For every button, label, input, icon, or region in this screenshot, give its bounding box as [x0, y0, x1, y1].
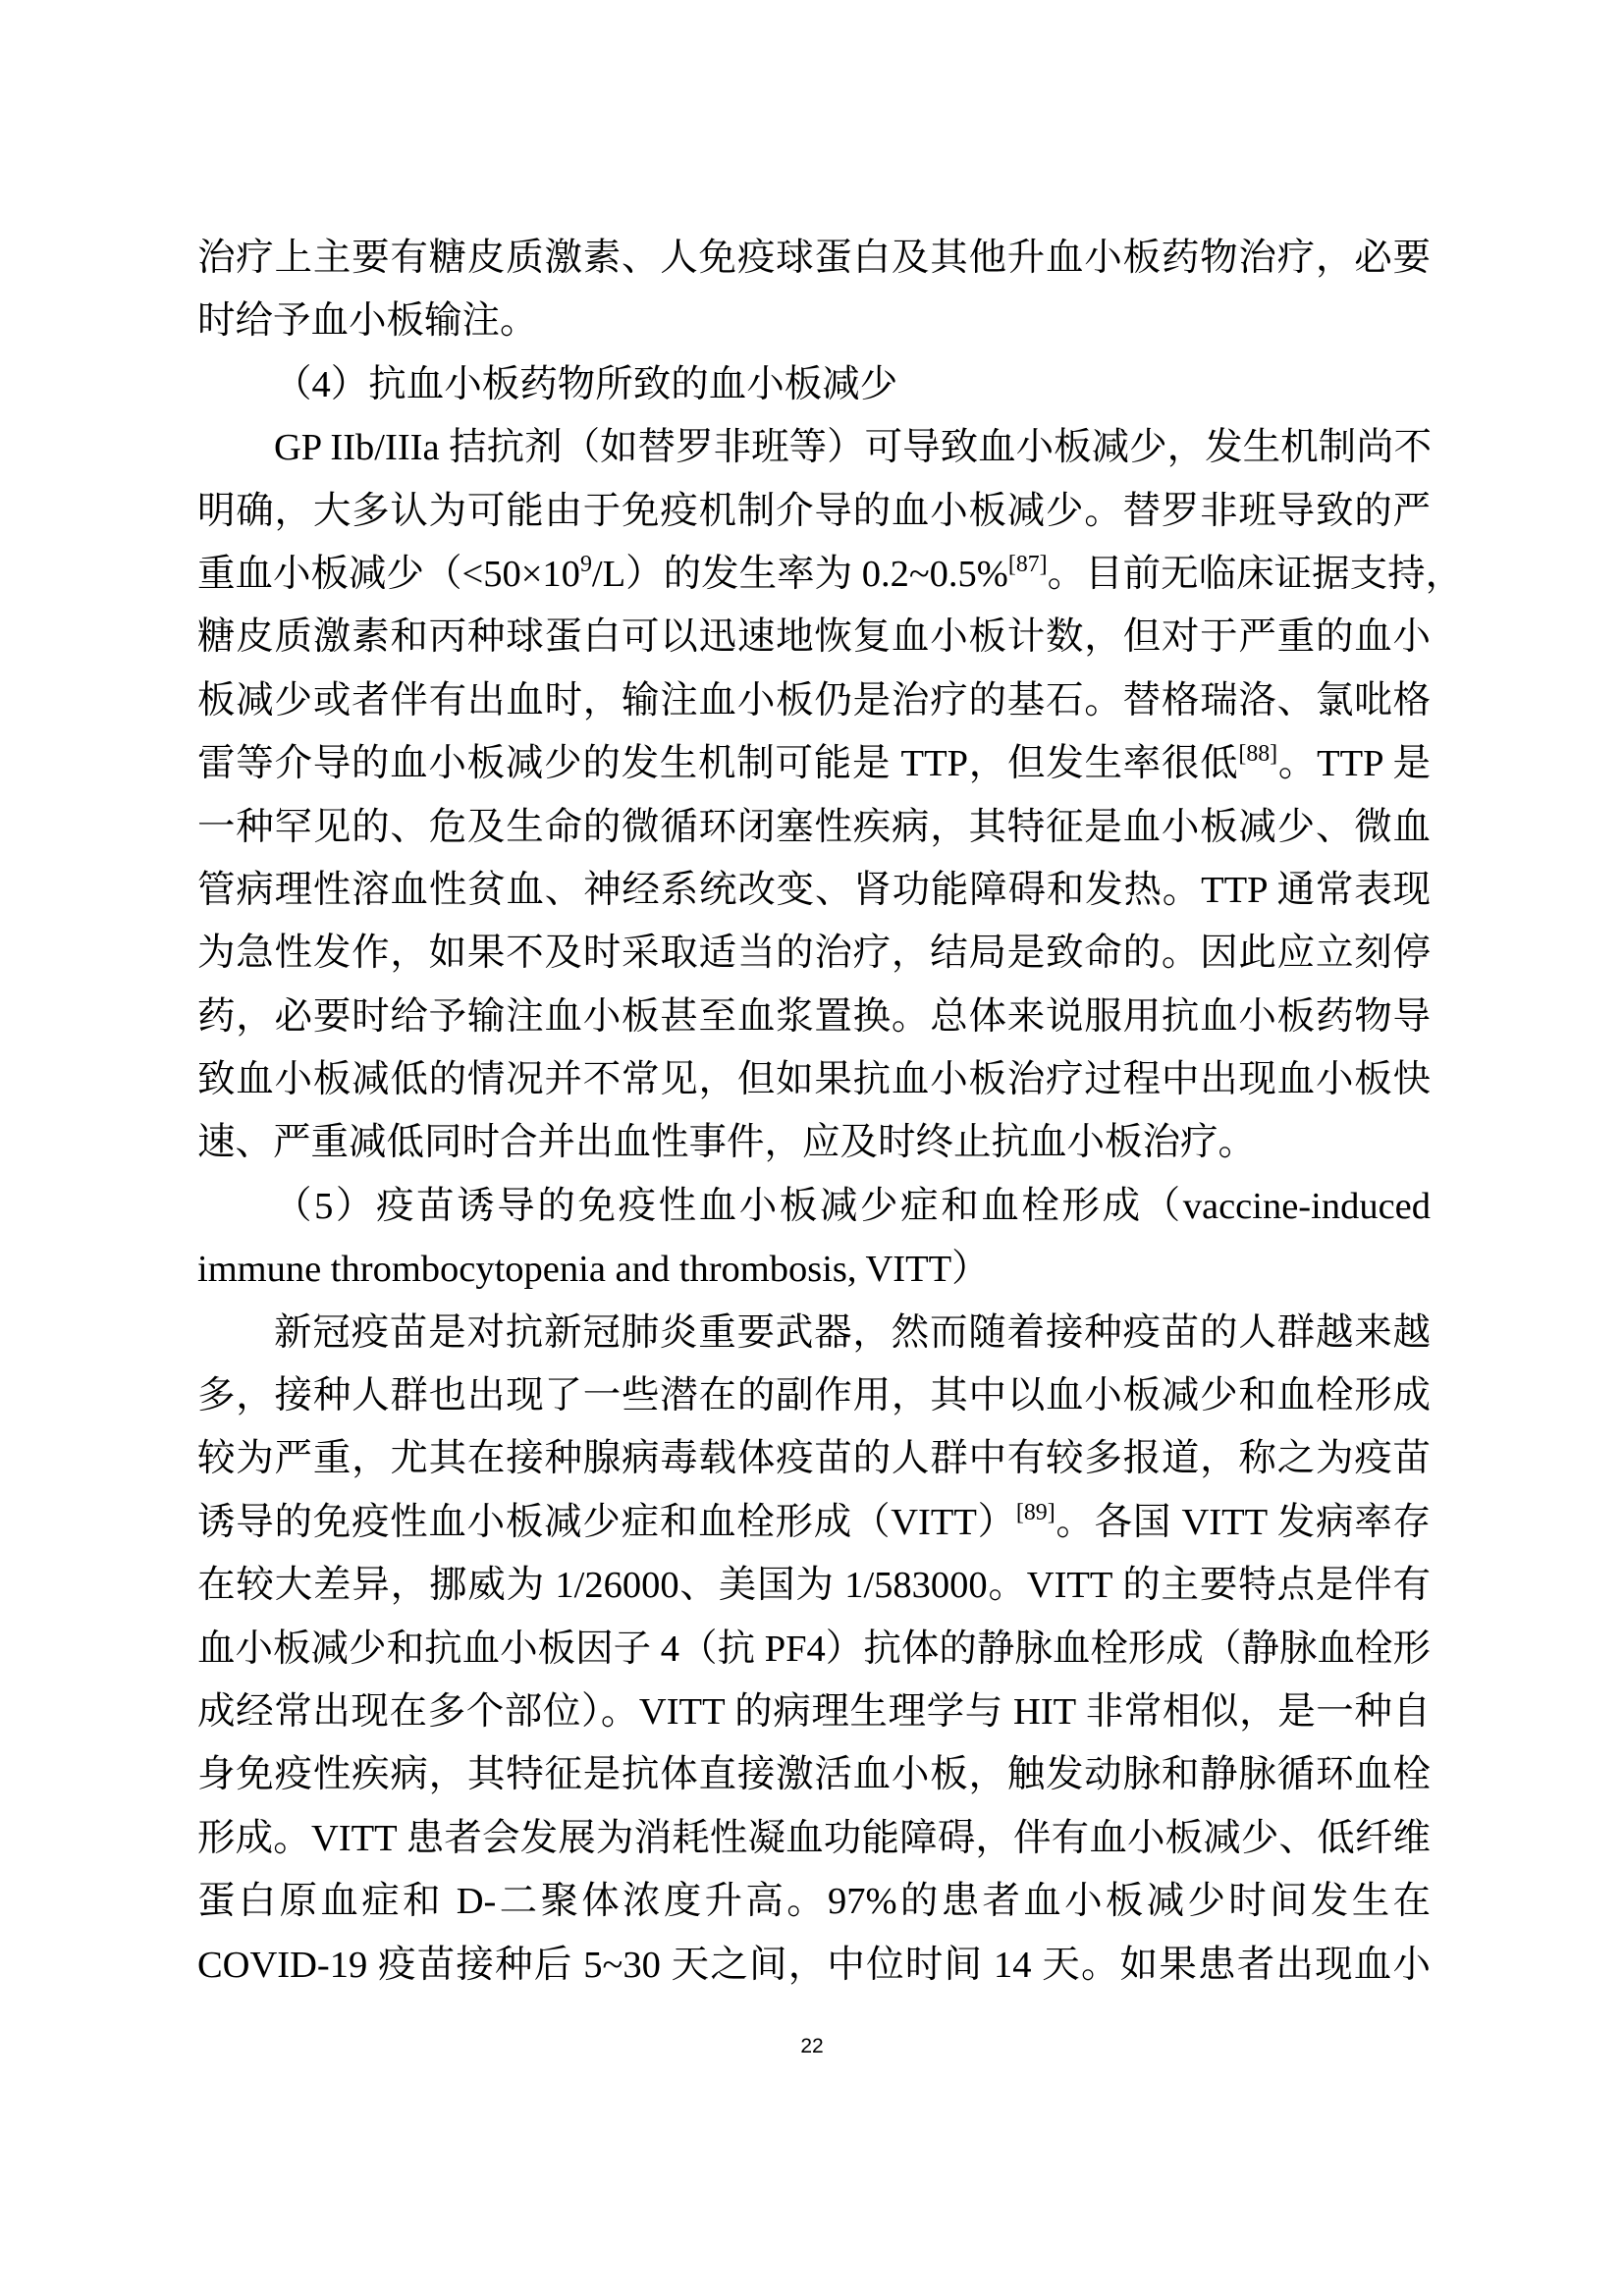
- page-number: 22: [0, 2032, 1624, 2061]
- text-line: 成经常出现在多个部位）。VITT 的病理生理学与 HIT 非常相似，是一种自: [197, 1681, 1431, 1743]
- text-line: 多，接种人群也出现了一些潜在的副作用，其中以血小板减少和血栓形成: [197, 1364, 1431, 1427]
- text-line: 新冠疫苗是对抗新冠肺炎重要武器，然而随着接种疫苗的人群越来越: [197, 1302, 1431, 1364]
- text-line: 雷等介导的血小板减少的发生机制可能是 TTP，但发生率很低[88]。TTP 是: [197, 732, 1431, 795]
- text-line: 身免疫性疾病，其特征是抗体直接激活血小板，触发动脉和静脉循环血栓: [197, 1743, 1431, 1806]
- paragraph-vitt: 新冠疫苗是对抗新冠肺炎重要武器，然而随着接种疫苗的人群越来越 多，接种人群也出现…: [197, 1302, 1431, 1997]
- text-line: 在较大差异，挪威为 1/26000、美国为 1/583000。VITT 的主要特…: [197, 1554, 1431, 1617]
- text-line: 较为严重，尤其在接种腺病毒载体疫苗的人群中有较多报道，称之为疫苗: [197, 1427, 1431, 1490]
- heading-line: immune thrombocytopenia and thrombosis, …: [197, 1238, 1431, 1301]
- paragraph-antiplatelet: GP IIb/IIIa 拮抗剂（如替罗非班等）可导致血小板减少，发生机制尚不 明…: [197, 416, 1431, 1175]
- body-text: 治疗上主要有糖皮质激素、人免疫球蛋白及其他升血小板药物治疗，必要 时给予血小板输…: [197, 227, 1431, 1997]
- text-line: 血小板减少和抗血小板因子 4（抗 PF4）抗体的静脉血栓形成（静脉血栓形: [197, 1618, 1431, 1681]
- text-line: 管病理性溶血性贫血、神经系统改变、肾功能障碍和发热。TTP 通常表现: [197, 859, 1431, 922]
- text-line: 速、严重减低同时合并出血性事件，应及时终止抗血小板治疗。: [197, 1111, 1431, 1174]
- text-line: 重血小板减少（<50×109/L）的发生率为 0.2~0.5%[87]。目前无临…: [197, 543, 1431, 606]
- text-line: COVID-19 疫苗接种后 5~30 天之间，中位时间 14 天。如果患者出现…: [197, 1934, 1431, 1997]
- citation-ref: [88]: [1238, 741, 1277, 767]
- document-page: 治疗上主要有糖皮质激素、人免疫球蛋白及其他升血小板药物治疗，必要 时给予血小板输…: [0, 0, 1624, 2296]
- citation-ref: [89]: [1016, 1500, 1056, 1525]
- heading-line: （5）疫苗诱导的免疫性血小板减少症和血栓形成（vaccine-induced: [197, 1175, 1431, 1238]
- text-line: 一种罕见的、危及生命的微循环闭塞性疾病，其特征是血小板减少、微血: [197, 796, 1431, 859]
- heading-line: （4）抗血小板药物所致的血小板减少: [197, 353, 1431, 416]
- text-line: 形成。VITT 患者会发展为消耗性凝血功能障碍，伴有血小板减少、低纤维: [197, 1807, 1431, 1870]
- text-line: 诱导的免疫性血小板减少症和血栓形成（VITT）[89]。各国 VITT 发病率存: [197, 1491, 1431, 1554]
- paragraph-continued: 治疗上主要有糖皮质激素、人免疫球蛋白及其他升血小板药物治疗，必要 时给予血小板输…: [197, 227, 1431, 353]
- text-line: 致血小板减低的情况并不常见，但如果抗血小板治疗过程中出现血小板快: [197, 1048, 1431, 1111]
- text-line: 药，必要时给予输注血小板甚至血浆置换。总体来说服用抗血小板药物导: [197, 986, 1431, 1048]
- text-line: 板减少或者伴有出血时，输注血小板仍是治疗的基石。替格瑞洛、氯吡格: [197, 669, 1431, 732]
- text-line: 为急性发作，如果不及时采取适当的治疗，结局是致命的。因此应立刻停: [197, 922, 1431, 985]
- superscript-exponent: 9: [580, 552, 592, 577]
- section-heading-4: （4）抗血小板药物所致的血小板减少: [197, 353, 1431, 416]
- text-line: 明确，大多认为可能由于免疫机制介导的血小板减少。替罗非班导致的严: [197, 480, 1431, 543]
- text-line: 治疗上主要有糖皮质激素、人免疫球蛋白及其他升血小板药物治疗，必要: [197, 227, 1431, 290]
- citation-ref: [87]: [1008, 552, 1048, 577]
- section-heading-5: （5）疫苗诱导的免疫性血小板减少症和血栓形成（vaccine-induced i…: [197, 1175, 1431, 1302]
- text-line: 蛋白原血症和 D-二聚体浓度升高。97%的患者血小板减少时间发生在: [197, 1870, 1431, 1933]
- text-line: 时给予血小板输注。: [197, 290, 1431, 352]
- text-line: GP IIb/IIIa 拮抗剂（如替罗非班等）可导致血小板减少，发生机制尚不: [197, 416, 1431, 479]
- text-line: 糖皮质激素和丙种球蛋白可以迅速地恢复血小板计数，但对于严重的血小: [197, 606, 1431, 668]
